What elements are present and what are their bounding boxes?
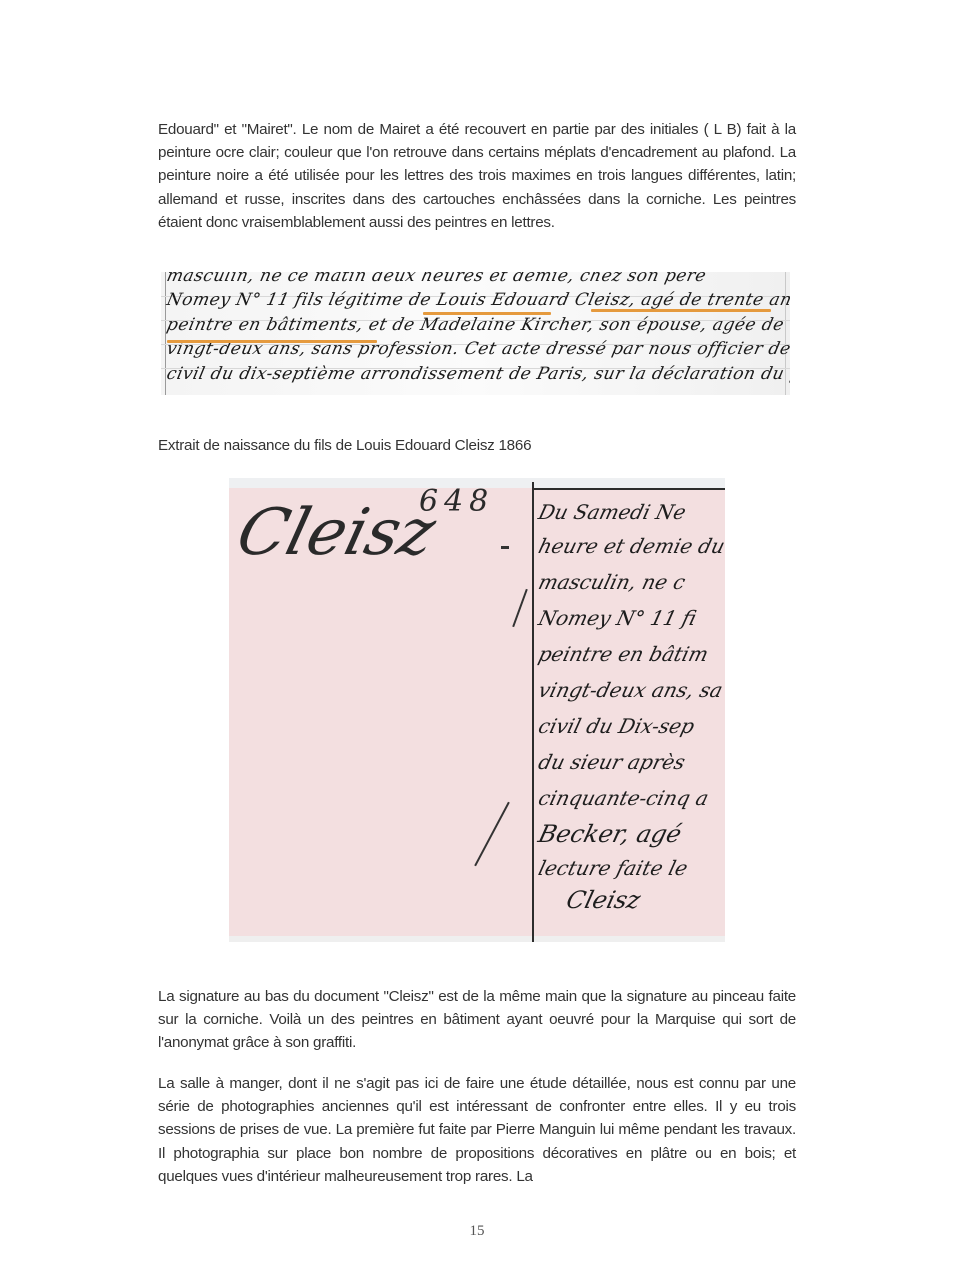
record-line: civil du Dix-sep [536,714,697,738]
highlight-underline-name [423,312,551,315]
record-line: vingt-deux ans, sa [536,678,725,702]
handwritten-line: Nomey N° 11 fils légitime de Louis Edoua… [165,290,790,310]
paragraph-signature: La signature au bas du document "Cleisz"… [158,985,796,1055]
record-line: Nomey N° 11 fi [536,606,699,630]
signature-cleisz: Cleisz [564,886,644,914]
record-line: du sieur après [536,750,688,774]
paragraph-dining-room: La salle à manger, dont il ne s'agit pas… [158,1072,796,1188]
record-line: cinquante-cinq a [536,786,711,810]
record-line: Du Samedi Ne [536,500,689,524]
highlight-underline-profession [167,340,377,343]
record-line: peintre en bâtim [536,642,711,666]
figure-caption: Extrait de naissance du fils de Louis Ed… [158,437,531,454]
scan-column-rule [532,482,534,942]
handwritten-line: peintre en bâtiments, et de Madelaine Ki… [165,315,786,335]
document-page: Edouard" et "Mairet". Le nom de Mairet a… [0,0,954,1276]
margin-stroke [474,802,510,867]
record-line: lecture faite le [536,856,690,880]
record-number: 648 [419,484,494,519]
handwritten-record-excerpt-image: masculin, ne ce matin deux heures et dem… [161,272,790,395]
scan-top-rule [532,488,725,490]
margin-name-cleisz: Cleisz [230,496,443,570]
paragraph-painters-letters: Edouard" et "Mairet". Le nom de Mairet a… [158,118,796,234]
page-number: 15 [0,1223,954,1240]
handwritten-line: civil du dix-septième arrondissement de … [165,364,790,384]
record-line: masculin, ne c [536,570,688,594]
scan-bottom-band [229,936,725,942]
record-line: heure et demie du [536,534,725,558]
handwritten-line: masculin, ne ce matin deux heures et dem… [165,272,708,286]
record-line: Becker, agé [536,820,685,848]
margin-dash [501,546,509,549]
highlight-underline-surname [591,309,771,312]
margin-stroke [512,589,528,627]
birth-record-scan-image: Cleisz 648 Du Samedi Ne heure et demie d… [229,478,725,942]
